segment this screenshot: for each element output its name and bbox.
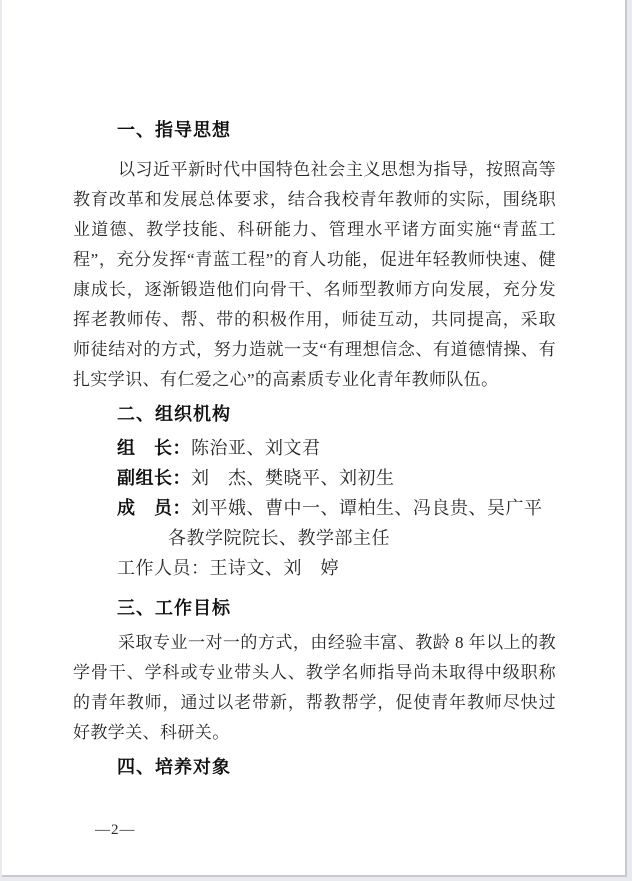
roster-names-leader: 陈治亚、刘文君 bbox=[191, 438, 321, 458]
roster-row-members-continued: 各教学院院长、教学部主任 bbox=[168, 523, 556, 553]
roster-names-deputy-leader: 刘 杰、樊晓平、刘初生 bbox=[191, 468, 395, 488]
section-heading-guiding-ideology: 一、指导思想 bbox=[117, 118, 556, 142]
paragraph-guiding-ideology: 以习近平新时代中国特色社会主义思想为指导，按照高等教育改革和发展总体要求，结合我… bbox=[73, 155, 556, 395]
roster-row-staff: 工作人员：王诗文、刘 婷 bbox=[117, 553, 556, 583]
roster-row-leader: 组 长：陈治亚、刘文君 bbox=[117, 433, 556, 463]
roster-names-members: 刘平娥、曹中一、谭柏生、冯良贵、吴广平 bbox=[191, 498, 543, 518]
section-heading-organization: 二、组织机构 bbox=[117, 402, 556, 426]
roster: 组 长：陈治亚、刘文君 副组长：刘 杰、樊晓平、刘初生 成 员：刘平娥、曹中一、… bbox=[73, 433, 556, 583]
page-number: —2— bbox=[95, 822, 136, 839]
section-heading-training-targets: 四、培养对象 bbox=[117, 755, 556, 779]
roster-row-members: 成 员：刘平娥、曹中一、谭柏生、冯良贵、吴广平 bbox=[117, 493, 556, 523]
roster-label-deputy-leader: 副组长： bbox=[117, 468, 191, 488]
paragraph-work-goals: 采取专业一对一的方式，由经验丰富、教龄 8 年以上的教学骨干、学科或专业带头人、… bbox=[73, 628, 556, 748]
roster-names-members-continued: 各教学院院长、教学部主任 bbox=[168, 528, 390, 548]
document-viewer: 一、指导思想 以习近平新时代中国特色社会主义思想为指导，按照高等教育改革和发展总… bbox=[0, 0, 632, 881]
roster-label-leader: 组 长： bbox=[117, 438, 191, 458]
roster-names-staff: 王诗文、刘 婷 bbox=[210, 558, 340, 578]
document-page: 一、指导思想 以习近平新时代中国特色社会主义思想为指导，按照高等教育改革和发展总… bbox=[2, 0, 627, 877]
section-heading-work-goals: 三、工作目标 bbox=[117, 596, 556, 620]
roster-label-staff: 工作人员： bbox=[117, 558, 210, 578]
page-content: 一、指导思想 以习近平新时代中国特色社会主义思想为指导，按照高等教育改革和发展总… bbox=[2, 0, 625, 779]
roster-row-deputy-leader: 副组长：刘 杰、樊晓平、刘初生 bbox=[117, 463, 556, 493]
roster-label-members: 成 员： bbox=[117, 498, 191, 518]
